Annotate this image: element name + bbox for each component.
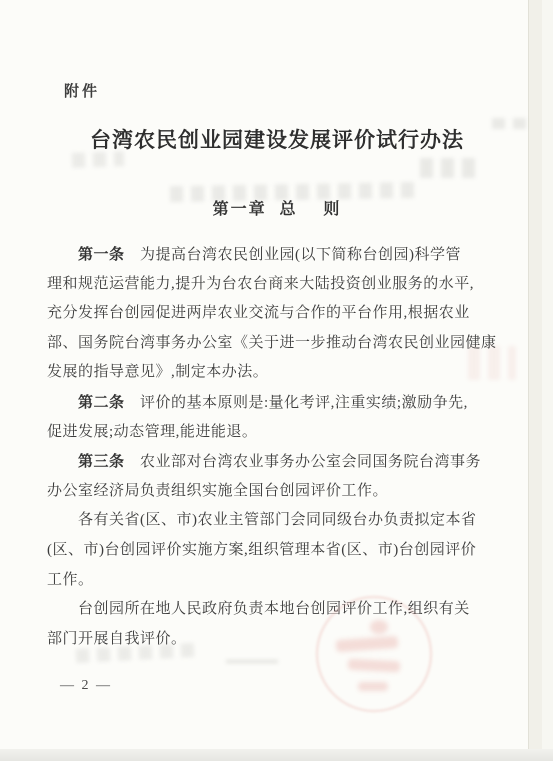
page-bottom-edge: [0, 749, 553, 761]
document-title: 台湾农民创业园建设发展评价试行办法: [24, 124, 530, 154]
article-number: 第一条: [78, 246, 125, 263]
article-number: 第三条: [78, 453, 125, 470]
body-line: 办公室经济局负责组织实施全国台创园评价工作。: [47, 477, 465, 507]
body-line: 第二条 评价的基本原则是:量化考评,注重实绩;激励争先,: [47, 388, 465, 418]
attachment-label: 附件: [64, 80, 100, 101]
article-number: 第二条: [78, 394, 125, 411]
body-line: 充分发挥台创园促进两岸农业交流与合作的平台作用,根据农业: [47, 299, 465, 329]
bleedthrough-line: [226, 660, 278, 663]
seal-glyph-smudge: [370, 620, 388, 634]
page-number: — 2 —: [60, 678, 112, 694]
body-line: 各有关省(区、市)农业主管部门会同同级台办负责拟定本省: [47, 506, 465, 536]
bleedthrough-smudge: [468, 346, 516, 380]
seal-glyph-smudge: [348, 659, 401, 673]
body-line: 工作。: [47, 566, 465, 596]
seal-glyph-smudge: [358, 682, 388, 691]
body-line: 促进发展;动态管理,能进能退。: [47, 418, 465, 448]
document-body: 第一条 为提高台湾农民创业园(以下简称台创园)科学管理和规范运营能力,提升为台农…: [47, 240, 465, 654]
body-line: 发展的指导意见》,制定本办法。: [47, 358, 465, 388]
seal-glyph-smudge: [336, 636, 399, 652]
body-line: 第三条 农业部对台湾农业事务办公室会同国务院台湾事务: [47, 447, 465, 477]
body-line: 理和规范运营能力,提升为台农台商来大陆投资创业服务的水平,: [47, 270, 465, 300]
body-line: 部、国务院台湾事务办公室《关于进一步推动台湾农民创业园健康: [47, 329, 465, 359]
red-seal-bleedthrough: [316, 596, 432, 712]
page-right-edge: [528, 0, 542, 750]
scan-right-margin: [542, 0, 553, 761]
scanned-document-page: 附件 台湾农民创业园建设发展评价试行办法 第一章 总 则 第一条 为提高台湾农民…: [0, 0, 553, 761]
chapter-heading: 第一章 总 则: [24, 196, 530, 219]
bleedthrough-smudge: [420, 158, 482, 178]
body-line: (区、市)台创园评价实施方案,组织管理本省(区、市)台创园评价: [47, 536, 465, 566]
body-line: 第一条 为提高台湾农民创业园(以下简称台创园)科学管: [47, 240, 465, 270]
